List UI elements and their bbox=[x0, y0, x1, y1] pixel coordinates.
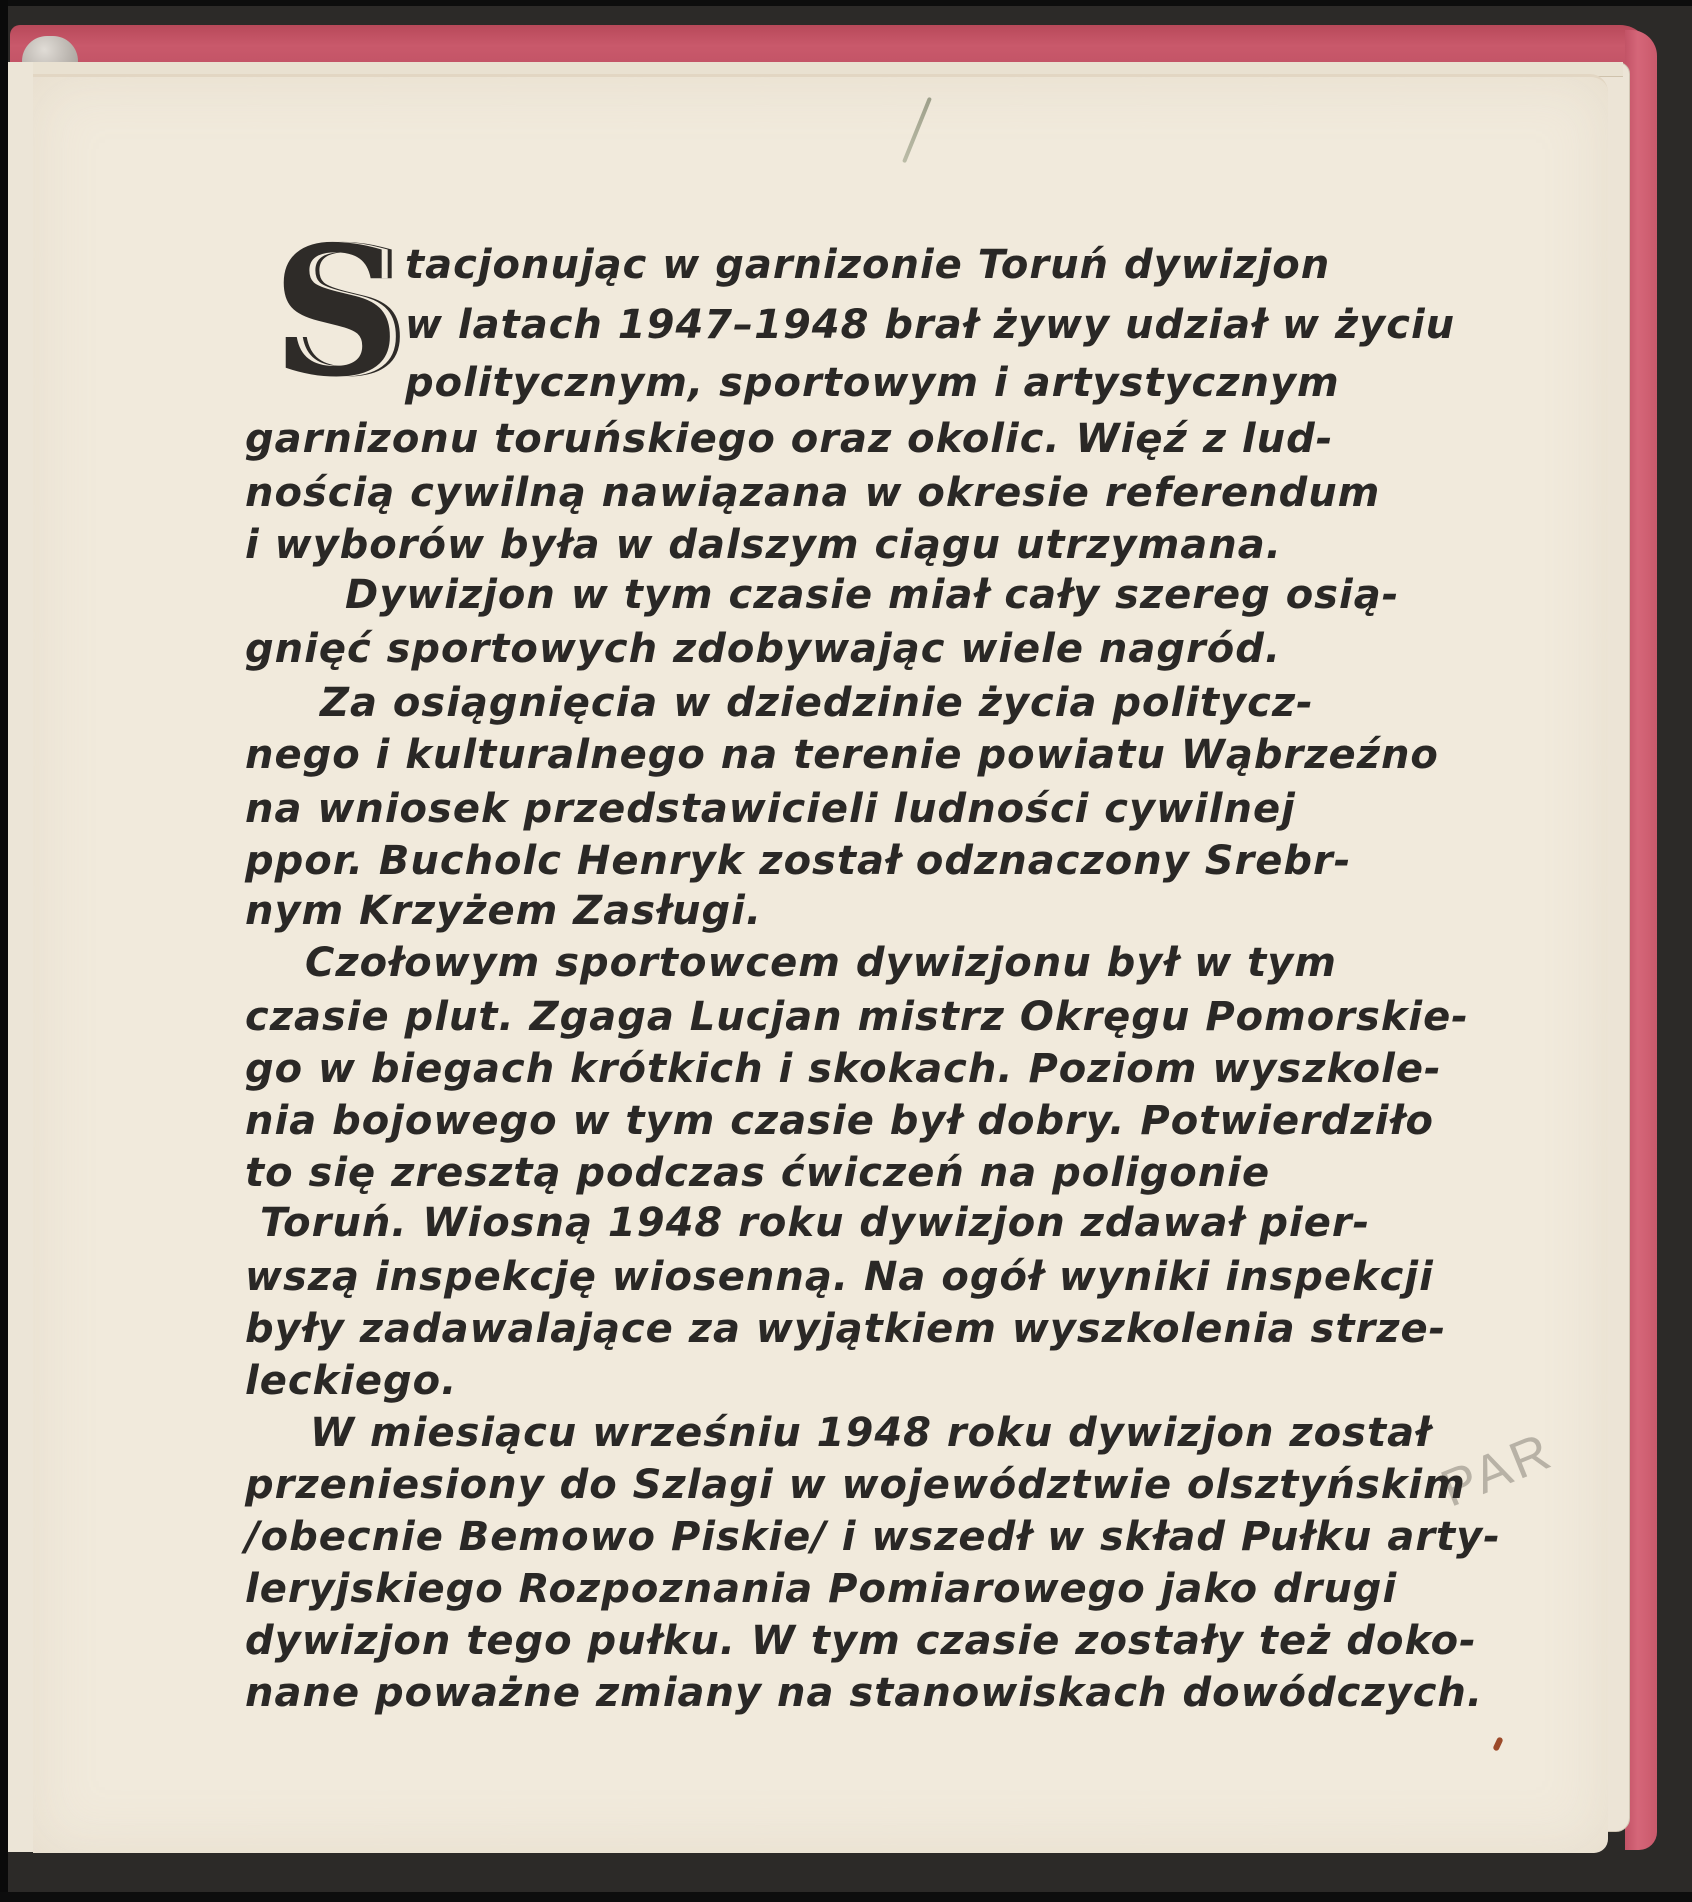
text-line: garnizonu toruńskiego oraz okolic. Więź … bbox=[245, 416, 1333, 462]
text-line: tacjonując w garnizonie Toruń dywizjon bbox=[405, 242, 1330, 288]
text-line: nością cywilną nawiązana w okresie refer… bbox=[245, 470, 1380, 516]
text-line: nego i kulturalnego na terenie powiatu W… bbox=[245, 732, 1439, 778]
text-line: leckiego. bbox=[245, 1358, 457, 1404]
text-line: nia bojowego w tym czasie był dobry. Pot… bbox=[245, 1098, 1434, 1144]
text-line: nane poważne zmiany na stanowiskach dowó… bbox=[245, 1670, 1483, 1716]
text-line: /obecnie Bemowo Piskie/ i wszedł w skład… bbox=[245, 1514, 1501, 1560]
text-line: i wyborów była w dalszym ciągu utrzymana… bbox=[245, 522, 1282, 568]
text-line: ppor. Bucholc Henryk został odznaczony S… bbox=[245, 838, 1351, 884]
scan-border-left bbox=[0, 0, 8, 1902]
text-line: wszą inspekcję wiosenną. Na ogół wyniki … bbox=[245, 1254, 1434, 1300]
previous-page-strip bbox=[8, 62, 34, 1852]
text-line: nym Krzyżem Zasługi. bbox=[245, 888, 762, 934]
text-line: w latach 1947–1948 brał żywy udział w ży… bbox=[405, 302, 1455, 348]
text-line: gnięć sportowych zdobywając wiele nagród… bbox=[245, 626, 1281, 672]
text-line: Za osiągnięcia w dziedzinie życia polity… bbox=[320, 680, 1314, 726]
scan-border-bottom bbox=[0, 1892, 1692, 1902]
drop-cap-letter: S bbox=[272, 232, 390, 392]
text-line: Czołowym sportowcem dywizjonu był w tym bbox=[305, 940, 1337, 986]
text-line: na wniosek przedstawicieli ludności cywi… bbox=[245, 786, 1296, 832]
text-line: dywizjon tego pułku. W tym czasie został… bbox=[245, 1618, 1477, 1664]
text-line: Toruń. Wiosną 1948 roku dywizjon zdawał … bbox=[260, 1200, 1370, 1246]
text-line: leryjskiego Rozpoznania Pomiarowego jako… bbox=[245, 1566, 1397, 1612]
text-line: czasie plut. Zgaga Lucjan mistrz Okręgu … bbox=[245, 994, 1469, 1040]
text-line: były zadawalające za wyjątkiem wyszkolen… bbox=[245, 1306, 1446, 1352]
text-line: to się zresztą podczas ćwiczeń na poligo… bbox=[245, 1150, 1270, 1196]
text-line: politycznym, sportowym i artystycznym bbox=[405, 360, 1340, 406]
text-line: W miesiącu wrześniu 1948 roku dywizjon z… bbox=[310, 1410, 1431, 1456]
text-line: przeniesiony do Szlagi w województwie ol… bbox=[245, 1462, 1466, 1508]
text-line: Dywizjon w tym czasie miał cały szereg o… bbox=[345, 572, 1399, 618]
book-cover-top-edge bbox=[10, 25, 1650, 67]
text-line: go w biegach krótkich i skokach. Poziom … bbox=[245, 1046, 1442, 1092]
